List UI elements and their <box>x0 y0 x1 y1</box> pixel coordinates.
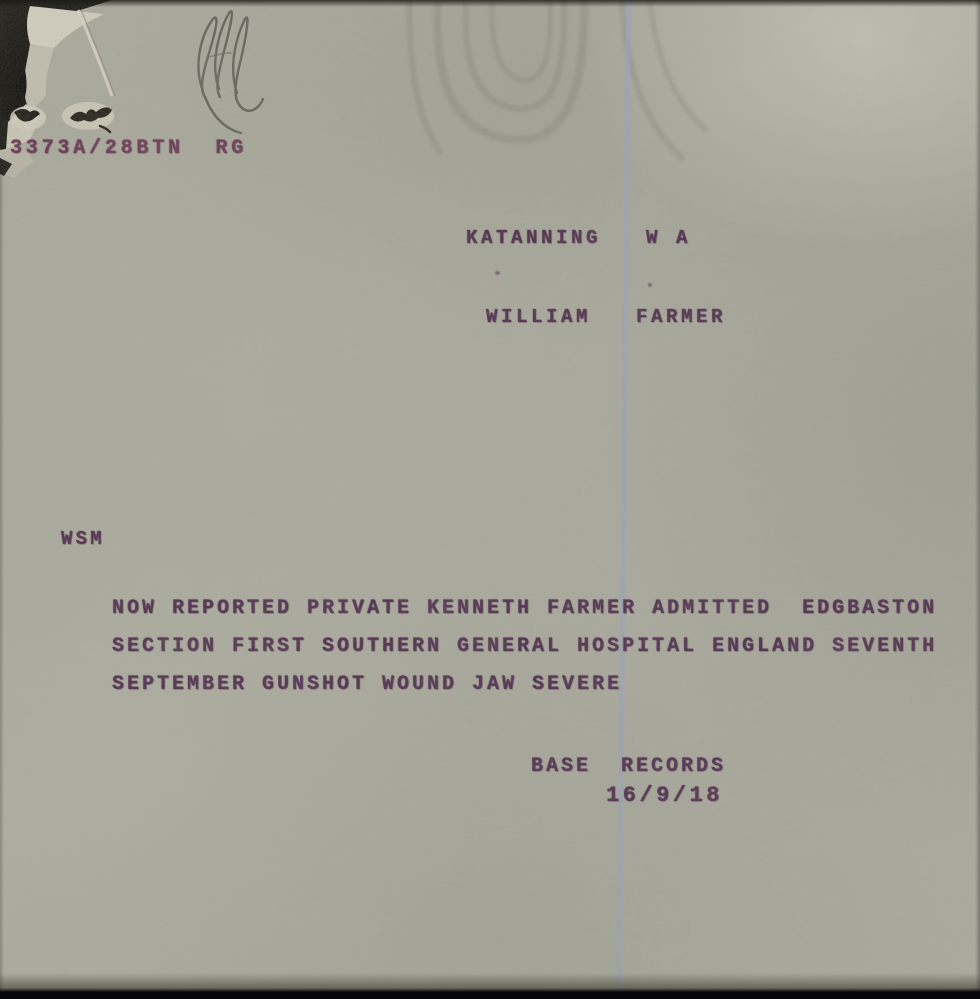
sender-line: BASE RECORDS <box>531 755 726 778</box>
scan-edge-bottom <box>0 973 980 999</box>
scan-edge-left <box>0 160 4 999</box>
telegram-scan: 3373A/28BTN RG KATANNING W A WILLIAM FAR… <box>0 0 980 999</box>
scan-edge-top <box>0 0 980 7</box>
destination-line: KATANNING W A <box>466 227 691 249</box>
message-line: SECTION FIRST SOUTHERN GENERAL HOSPITAL … <box>112 635 937 658</box>
addressee-name: WILLIAM FARMER <box>486 306 726 328</box>
message-line: NOW REPORTED PRIVATE KENNETH FARMER ADMI… <box>112 597 937 620</box>
scan-edge-right <box>975 0 980 999</box>
message-line: SEPTEMBER GUNSHOT WOUND JAW SEVERE <box>112 673 622 696</box>
ink-speck <box>495 271 500 275</box>
reference-number: 3373A/28BTN RG <box>10 137 247 160</box>
ink-speck <box>648 283 652 287</box>
office-code: WSM <box>61 528 105 550</box>
date-line: 16/9/18 <box>606 783 723 808</box>
